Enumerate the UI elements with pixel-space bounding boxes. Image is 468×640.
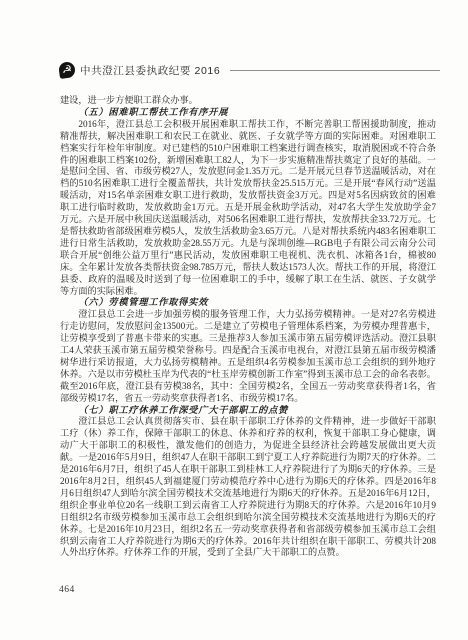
header-rule-divider [230,70,440,71]
section-heading-7: （七）职工疗休养工作深受广大干部职工的点赞 [60,405,436,417]
section-heading-5: （五）困难职工帮扶工作有序开展 [60,107,436,119]
section-body-5: 2016年，澄江县总工会积极开展困难职工帮扶工作，不断完善职工帮困援助制度，推动… [60,119,436,298]
party-emblem-icon: ☭ [58,61,76,79]
section-body-7: 澄江县总工会认真贯彻落实市、县在职干部职工疗休养的文件精神，进一步做好干部职工疗… [60,416,436,559]
page-number: 464 [59,585,75,595]
book-title: 中共澄江县委执政纪要 2016 [80,63,220,78]
page-header: ☭ 中共澄江县委执政纪要 2016 [59,60,440,80]
page-body-text: 建设，进一步方便职工群众办事。 （五）困难职工帮扶工作有序开展 2016年，澄江… [60,95,436,582]
section-heading-6: （六）劳模管理工作取得实效 [60,297,436,309]
scanned-book-page: ☭ 中共澄江县委执政纪要 2016 建设，进一步方便职工群众办事。 （五）困难职… [0,0,468,640]
continuation-line: 建设，进一步方便职工群众办事。 [60,95,436,107]
section-body-6: 澄江县总工会进一步加强劳模的服务管理工作，大力弘扬劳模精神。一是对27名劳模进行… [60,309,436,404]
